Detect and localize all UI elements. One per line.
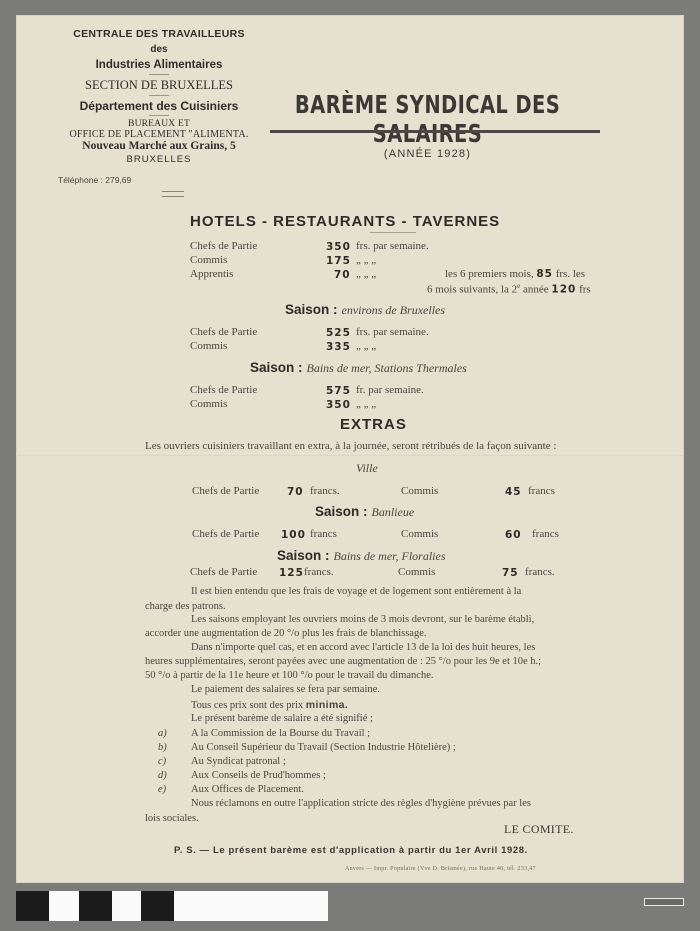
list-marker: c): [158, 756, 166, 767]
role-label: Commis: [190, 254, 227, 266]
extras-ville-label: Ville: [356, 461, 378, 476]
wage-unit: francs.: [525, 566, 555, 578]
printer-imprint: Anvers — Impr. Populaire (Vve D. Brismée…: [345, 866, 536, 872]
wage-amount: 125: [279, 567, 304, 579]
document-title: BARÈME SYNDICAL DES SALAIRES: [293, 90, 562, 148]
wage-amount: 45: [505, 486, 522, 498]
text: Tous ces prix sont des prix: [191, 700, 306, 711]
list-item: A la Commission de la Bourse du Travail …: [191, 728, 370, 739]
document-year: (ANNÉE 1928): [255, 148, 600, 160]
list-marker: d): [158, 770, 167, 781]
season-label: Saison :: [285, 302, 338, 317]
role-label: Commis: [190, 340, 227, 352]
wage-unit: „ „ „: [356, 398, 376, 410]
paragraph-minima: Tous ces prix sont des prix minima.: [191, 699, 348, 711]
section-heading-extras: EXTRAS: [340, 416, 407, 433]
season-note: Banlieue: [372, 505, 415, 519]
season-heading-floralies: Saison : Bains de mer, Floralies: [277, 547, 446, 565]
list-item: Au Conseil Supérieur du Travail (Section…: [191, 742, 456, 753]
wage-amount: 175: [326, 255, 351, 267]
paragraph-travel: Il est bien entendu que les frais de voy…: [191, 586, 521, 597]
note-text: frs: [579, 284, 591, 296]
note-text: année: [520, 284, 548, 296]
role-label: Commis: [401, 528, 438, 540]
org-name: CENTRALE DES TRAVAILLEURS: [52, 29, 266, 40]
season-label: Saison :: [277, 548, 330, 563]
wage-amount: 85: [536, 268, 553, 280]
season-label: Saison :: [250, 360, 303, 375]
list-marker: e): [158, 784, 166, 795]
list-item: Aux Conseils de Prud'hommes ;: [191, 770, 326, 781]
scale-marker: [644, 898, 684, 906]
wage-amount: 350: [326, 241, 351, 253]
calibration-black-1: [16, 891, 49, 921]
season-note: Bains de mer, Stations Thermales: [307, 361, 467, 375]
extras-intro: Les ouvriers cuisiniers travaillant en e…: [145, 440, 556, 452]
list-item: Aux Offices de Placement.: [191, 784, 304, 795]
calibration-white-2: [112, 891, 141, 921]
note-text: frs. les: [556, 268, 585, 280]
title-underline: [270, 130, 600, 133]
role-label: Commis: [190, 398, 227, 410]
season-heading-brussels: Saison : environs de Bruxelles: [285, 301, 445, 319]
wage-unit: francs: [528, 485, 555, 497]
divider: [370, 232, 416, 233]
paragraph-hygiene: Nous réclamons en outre l'application st…: [191, 798, 531, 809]
wage-unit: „ „ „: [356, 254, 376, 266]
org-industry: Industries Alimentaires: [52, 60, 266, 72]
department-name: Département des Cuisiniers: [52, 100, 266, 112]
season-note: environs de Bruxelles: [342, 303, 446, 317]
list-item: Au Syndicat patronal ;: [191, 756, 286, 767]
role-label: Chefs de Partie: [192, 485, 259, 497]
wage-amount: 70: [334, 269, 351, 281]
wage-unit: francs: [310, 528, 337, 540]
signature: LE COMITE.: [504, 822, 574, 837]
section-heading-hotels: HOTELS - RESTAURANTS - TAVERNES: [190, 213, 500, 230]
emphasis: minima.: [306, 699, 348, 711]
note-text: les 6 premiers mois,: [445, 268, 534, 280]
office-line-2: OFFICE DE PLACEMENT "ALIMENTA.: [52, 130, 266, 140]
role-label: Apprentis: [190, 268, 233, 280]
wage-amount: 575: [326, 385, 351, 397]
wage-amount: 525: [326, 327, 351, 339]
season-note: Bains de mer, Floralies: [334, 549, 446, 563]
wage-amount: 60: [505, 529, 522, 541]
wage-amount: 75: [502, 567, 519, 579]
paper-fold: [16, 453, 684, 456]
divider: [149, 115, 169, 116]
role-label: Commis: [401, 485, 438, 497]
wage-unit: fr. par semaine.: [356, 384, 424, 396]
wage-amount: 350: [326, 399, 351, 411]
wage-unit: „ „ „: [356, 268, 376, 280]
calibration-black-2: [79, 891, 112, 921]
double-rule: [162, 191, 184, 197]
apprentice-note: les 6 premiers mois, 85 frs. les: [445, 268, 585, 280]
wage-unit: francs.: [310, 485, 340, 497]
paragraph-notified: Le présent barème de salaire a été signi…: [191, 713, 373, 724]
paragraph-seasons: Les saisons employant les ouvriers moins…: [191, 614, 534, 625]
paragraph-travel-cont: charge des patrons.: [145, 601, 226, 612]
wage-amount: 70: [287, 486, 304, 498]
wage-amount: 120: [551, 284, 576, 296]
wage-unit: „ „ „: [356, 340, 376, 352]
wage-unit: francs: [532, 528, 559, 540]
telephone: Téléphone : 279,69: [58, 175, 131, 185]
letterhead: CENTRALE DES TRAVAILLEURS des Industries…: [52, 28, 266, 164]
org-connector: des: [52, 45, 266, 55]
paragraph-payment: Le paiement des salaires se fera par sem…: [191, 684, 380, 695]
city: BRUXELLES: [52, 155, 266, 165]
divider: [149, 95, 169, 96]
address: Nouveau Marché aux Grains, 5: [52, 141, 266, 153]
list-marker: b): [158, 742, 167, 753]
section-name: SECTION DE BRUXELLES: [52, 79, 266, 92]
role-label: Chefs de Partie: [190, 240, 257, 252]
note-text: 6 mois suivants, la 2: [427, 284, 517, 296]
season-label: Saison :: [315, 504, 368, 519]
paragraph-overtime-cont: heures supplémentaires, seront payées av…: [145, 656, 541, 667]
paragraph-seasons-cont: accorder une augmentation de 20 °/o plus…: [145, 628, 426, 639]
role-label: Chefs de Partie: [190, 384, 257, 396]
postscript: P. S. — Le présent barème est d'applicat…: [174, 845, 528, 856]
calibration-white-3: [174, 891, 328, 921]
season-heading-sea: Saison : Bains de mer, Stations Thermale…: [250, 359, 467, 377]
role-label: Chefs de Partie: [190, 326, 257, 338]
wage-unit: frs. par semaine.: [356, 240, 429, 252]
paragraph-hygiene-cont: lois sociales.: [145, 813, 199, 824]
office-line-1: BUREAUX ET: [52, 120, 266, 130]
divider: [149, 74, 169, 75]
calibration-black-3: [141, 891, 174, 921]
wage-unit: frs. par semaine.: [356, 326, 429, 338]
calibration-white-1: [49, 891, 79, 921]
wage-unit: francs.: [304, 566, 334, 578]
role-label: Commis: [398, 566, 435, 578]
list-marker: a): [158, 728, 167, 739]
paragraph-overtime-cont2: 50 °/o à partir de la 11e heure et 100 °…: [145, 670, 434, 681]
role-label: Chefs de Partie: [190, 566, 257, 578]
season-heading-banlieue: Saison : Banlieue: [315, 503, 414, 521]
apprentice-note-cont: 6 mois suivants, la 2e année 120 frs: [427, 282, 591, 296]
wage-amount: 100: [281, 529, 306, 541]
paragraph-overtime: Dans n'importe quel cas, et en accord av…: [191, 642, 535, 653]
wage-amount: 335: [326, 341, 351, 353]
role-label: Chefs de Partie: [192, 528, 259, 540]
